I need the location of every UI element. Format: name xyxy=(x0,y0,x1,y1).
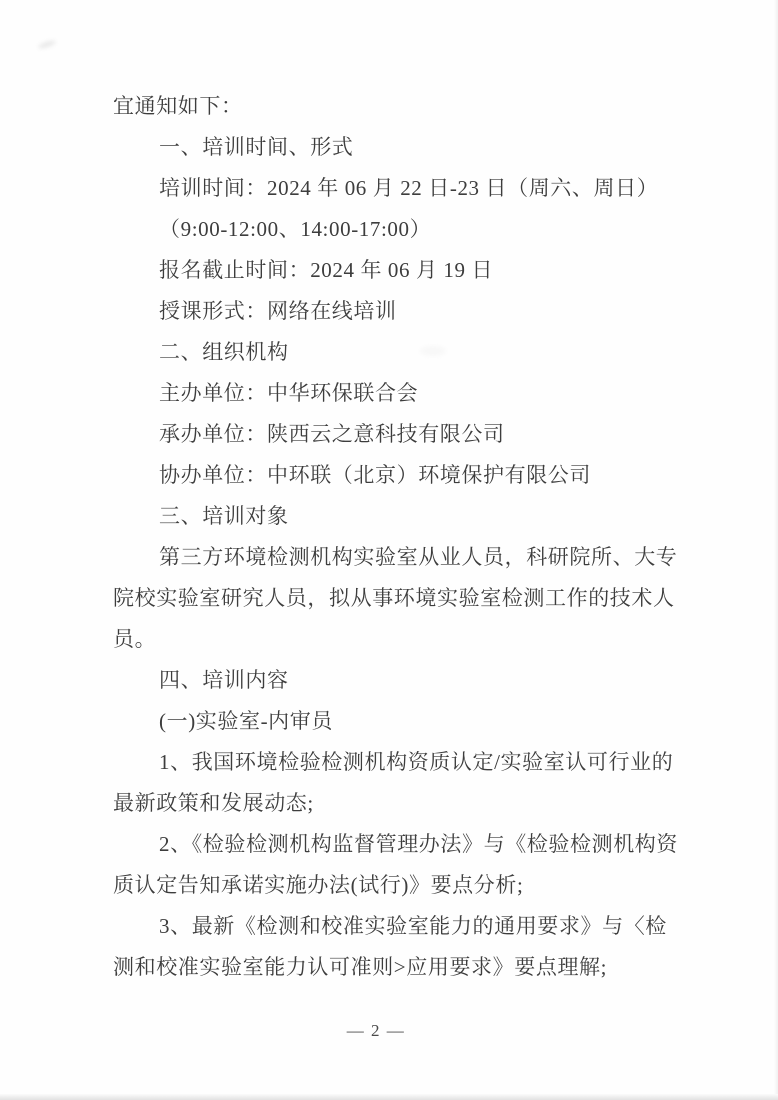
page-number: — 2 — xyxy=(0,1018,752,1044)
text-line: 三、培训对象 xyxy=(113,496,673,537)
text-line: 承办单位：陕西云之意科技有限公司 xyxy=(113,414,673,455)
text-line: (一)实验室-内审员 xyxy=(113,701,673,742)
text-line: 培训时间：2024 年 06 月 22 日-23 日（周六、周日） xyxy=(113,168,673,209)
text-line: 报名截止时间：2024 年 06 月 19 日 xyxy=(113,250,673,291)
text-line: 院校实验室研究人员，拟从事环境实验室检测工作的技术人 xyxy=(113,578,673,619)
text-line: 授课形式：网络在线培训 xyxy=(113,291,673,332)
text-line: 员。 xyxy=(113,619,673,660)
document-page: 宜通知如下：一、培训时间、形式培训时间：2024 年 06 月 22 日-23 … xyxy=(0,0,778,1100)
document-body: 宜通知如下：一、培训时间、形式培训时间：2024 年 06 月 22 日-23 … xyxy=(113,86,673,988)
text-line: 1、我国环境检验检测机构资质认定/实验室认可行业的 xyxy=(113,742,673,783)
scan-smudge xyxy=(38,39,57,49)
text-line: 第三方环境检测机构实验室从业人员，科研院所、大专 xyxy=(113,537,673,578)
text-line: 一、培训时间、形式 xyxy=(113,127,673,168)
text-line: 2、《检验检测机构监督管理办法》与《检验检测机构资 xyxy=(113,824,673,865)
text-line: （9:00-12:00、14:00-17:00） xyxy=(113,209,673,250)
text-line: 3、最新《检测和校准实验室能力的通用要求》与〈检 xyxy=(113,906,673,947)
text-line: 四、培训内容 xyxy=(113,660,673,701)
scan-edge-bottom xyxy=(0,1094,778,1100)
text-line: 二、组织机构 xyxy=(113,332,673,373)
text-line: 测和校准实验室能力认可准则>应用要求》要点理解; xyxy=(113,947,673,988)
text-line: 协办单位：中环联（北京）环境保护有限公司 xyxy=(113,455,673,496)
text-line: 最新政策和发展动态; xyxy=(113,783,673,824)
text-line: 主办单位：中华环保联合会 xyxy=(113,373,673,414)
text-line: 质认定告知承诺实施办法(试行)》要点分析; xyxy=(113,865,673,906)
text-line: 宜通知如下： xyxy=(113,86,673,127)
scan-smudge xyxy=(420,346,446,356)
scan-edge-right xyxy=(774,0,778,1100)
